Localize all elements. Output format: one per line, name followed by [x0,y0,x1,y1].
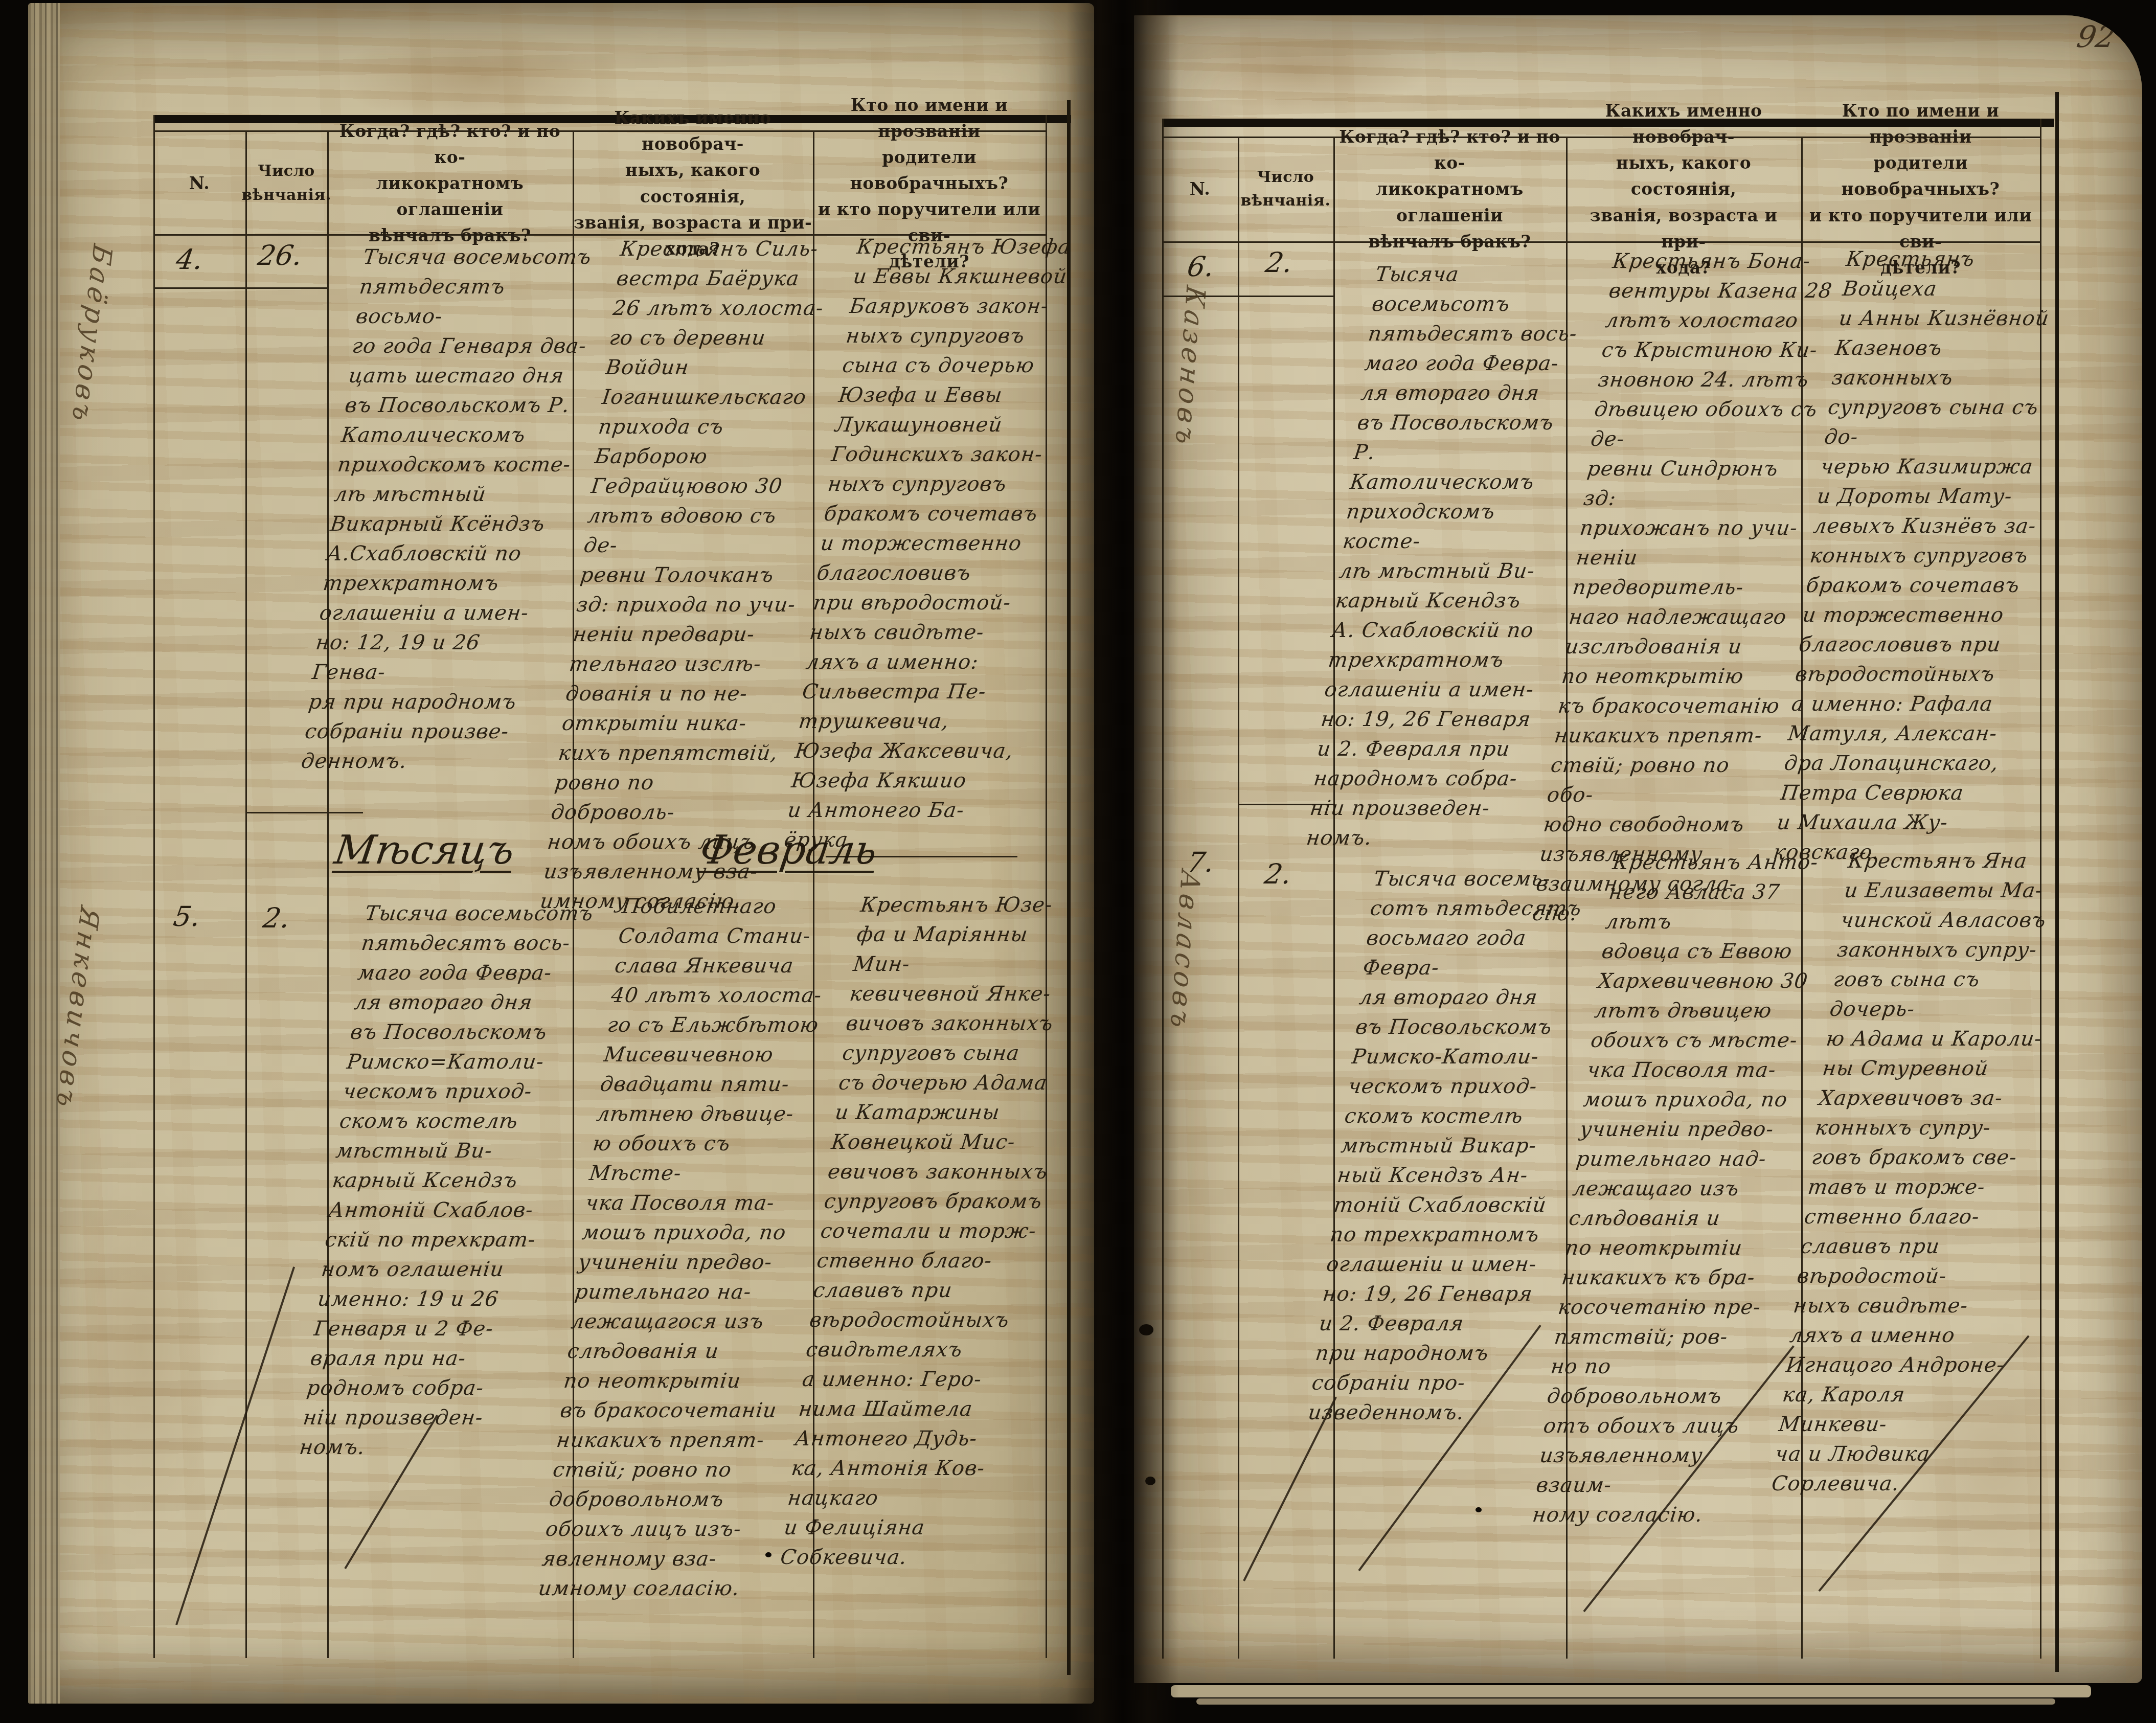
book-leaf-edges [28,3,60,1704]
header-col-when-where-who: Когда? гдѣ? кто? и по ко- ликократномъ о… [327,133,573,233]
margin-surname-note: Авласовъ [1164,868,1206,1034]
header-col-when-where-who: Когда? гдѣ? кто? и по ко- ликократномъ о… [1333,141,1566,238]
entry-date: 2. [1263,246,1295,279]
table-left-border [153,115,155,1658]
header-col-number: N. [1162,141,1238,238]
number-underline-rule [153,287,327,289]
column-rule [245,130,247,1658]
bottom-leaf-edge [1196,1698,2055,1705]
bottom-leaf-edge [1171,1685,2091,1697]
folio-page-number: 92 [2074,19,2118,54]
margin-surname-note: Казеновъ [1169,284,1211,451]
header-col-parents-witnesses: Кто по имени и прозваніи родители новобр… [813,133,1046,233]
scanned-register-screenshot: { "page_number": "92", "header": { "col_… [0,0,2156,1723]
entry-date: 2. [261,902,292,934]
entry-number: 6. [1185,251,1217,283]
right-page: 92 N. Число вѣнчанія. Когда? гдѣ? кто? и… [1134,15,2142,1683]
header-col-newlyweds: Какихъ именно новобрач- ныхъ, какого сос… [1566,141,1801,238]
month-heading: Мѣсяцъ Февраль [335,827,877,873]
entry-number: 4. [174,243,206,276]
column-rule [1238,137,1239,1659]
margin-surname-note: Баёруковъ [65,241,118,428]
month-heading-name: Февраль [697,827,880,873]
ink-blot [1145,1477,1155,1485]
column-rule [1333,137,1335,1659]
month-heading-word: Мѣсяцъ [332,827,517,873]
left-page: N. Число вѣнчанія. Когда? гдѣ? кто? и по… [28,3,1094,1704]
entry-when-where-who-cell: Тысяча восемьсотъ пятьдесятъ восьмо- го … [300,242,600,776]
paper-stain [59,1153,222,1542]
entry-separator-rule [245,812,363,813]
entry-when-where-who-cell: Тысяча восемьсотъ пятьдесятъ вось- маго … [298,899,602,1462]
ink-speck [765,1552,771,1557]
header-col-newlyweds: Какихъ именно новобрач- ныхъ, какого сос… [573,133,813,233]
entry-number: 5. [171,900,203,933]
header-col-parents-witnesses: Кто по имени и прозваніи родители новобр… [1801,141,2040,238]
paper-stain [1165,26,1431,112]
entry-date: 2. [1262,858,1294,890]
table-left-border [1162,119,1164,1659]
entry-when-where-who-cell: Тысяча восемь- сотъ пятьдесятъ восьмаго … [1306,864,1595,1427]
crossout-stroke [175,1266,295,1625]
crossout-stroke [1243,1397,1337,1581]
entry-date: 26. [256,239,305,271]
header-col-wedding-date: Число вѣнчанія. [1238,141,1333,238]
header-col-wedding-date: Число вѣнчанія. [245,133,327,233]
ink-blot [1139,1324,1153,1335]
header-col-number: N. [153,133,245,233]
ink-speck [1476,1507,1482,1512]
